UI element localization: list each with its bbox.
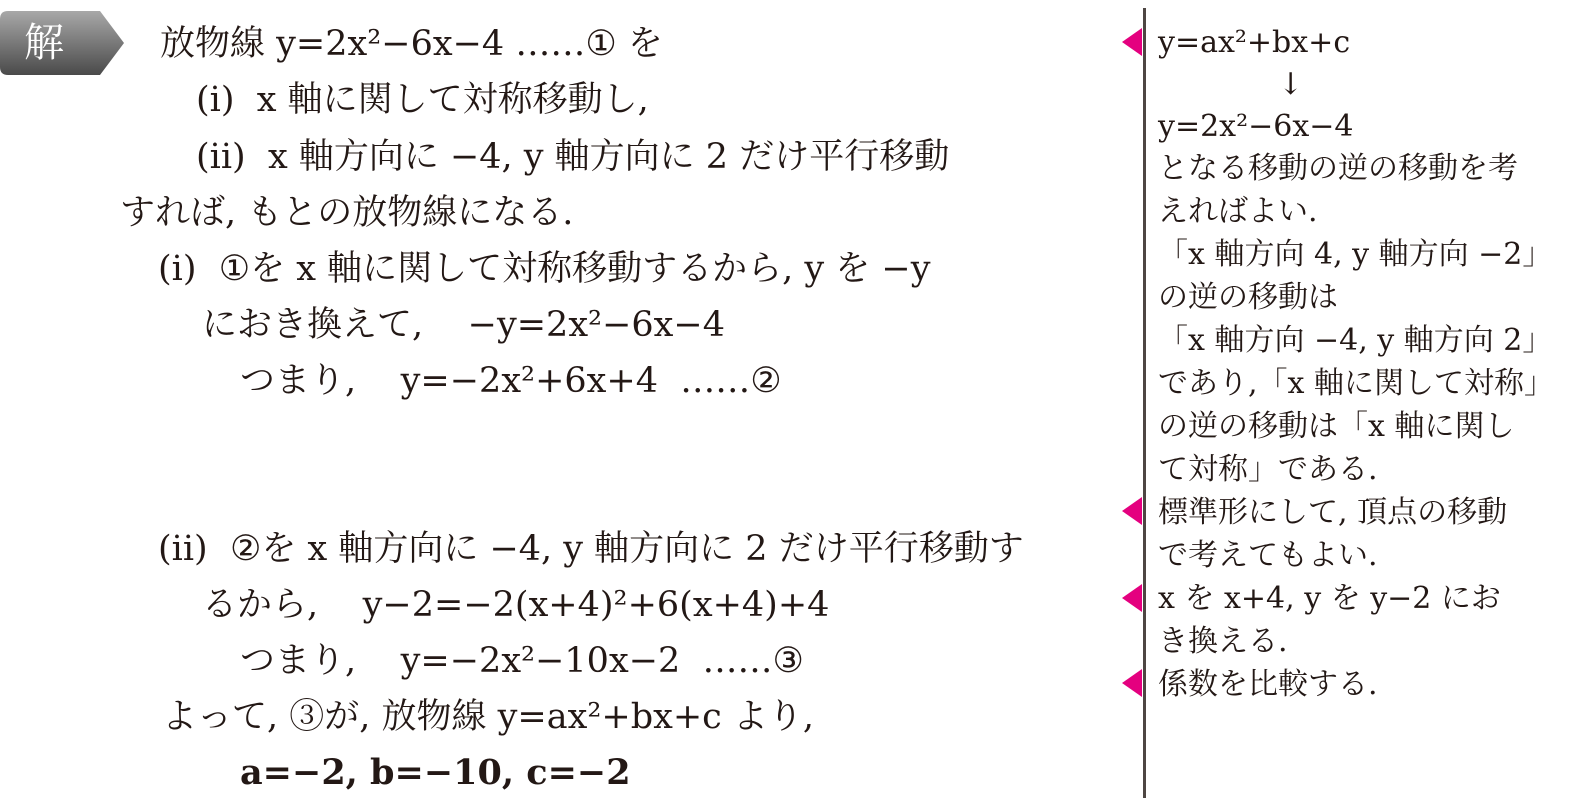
solution-line-1: 放物線 y=2x²−6x−4 ……① を <box>160 22 663 66</box>
side-note-line-9: であり,「x 軸に関して対称」 <box>1158 365 1554 403</box>
solution-line-6: におき換えて, −y=2x²−6x−4 <box>202 303 725 347</box>
solution-line-10: つまり, y=−2x²−10x−2 ……③ <box>240 639 804 683</box>
solution-line-3: (ii) x 軸方向に −4, y 軸方向に 2 だけ平行移動 <box>196 135 949 179</box>
side-note-line-7: の逆の移動は <box>1158 279 1338 317</box>
solution-line-2: (i) x 軸に関して対称移動し, <box>196 78 649 122</box>
side-note-line-11: て対称」である. <box>1158 451 1378 489</box>
solution-line-9: るから, y−2=−2(x+4)²+6(x+4)+4 <box>202 583 829 627</box>
note-marker-icon <box>1122 28 1142 56</box>
side-note-line-16: 係数を比較する. <box>1158 666 1378 704</box>
solution-line-7: つまり, y=−2x²+6x+4 ……② <box>240 359 782 403</box>
side-note-line-6: 「x 軸方向 4, y 軸方向 −2」 <box>1158 236 1552 274</box>
note-marker-icon <box>1122 584 1142 612</box>
note-marker-icon <box>1122 497 1142 525</box>
solution-line-8: (ii) ②を x 軸方向に −4, y 軸方向に 2 だけ平行移動す <box>158 527 1024 571</box>
solution-line-4: すれば, もとの放物線になる. <box>120 191 573 235</box>
column-divider <box>1143 8 1146 798</box>
side-arrow-icon: ↓ <box>1278 66 1303 104</box>
side-note-line-15: き換える. <box>1158 623 1288 661</box>
solution-line-5: (i) ①を x 軸に関して対称移動するから, y を −y <box>158 247 931 291</box>
note-marker-icon <box>1122 669 1142 697</box>
side-note-line-14: x を x+4, y を y−2 にお <box>1158 580 1501 618</box>
answer-line: a=−2, b=−10, c=−2 <box>240 751 631 795</box>
solution-line-11: よって, ③が, 放物線 y=ax²+bx+c より, <box>162 695 814 739</box>
side-note-line-8: 「x 軸方向 −4, y 軸方向 2」 <box>1158 322 1552 360</box>
side-note-line-5: えればよい. <box>1158 193 1318 231</box>
side-note-line-3: y=2x²−6x−4 <box>1158 108 1353 146</box>
side-note-line-4: となる移動の逆の移動を考 <box>1158 150 1518 188</box>
side-note-line-12: 標準形にして, 頂点の移動 <box>1158 494 1507 532</box>
side-note-line-10: の逆の移動は「x 軸に関し <box>1158 408 1514 446</box>
badge-label: 解 <box>24 17 64 69</box>
solution-badge: 解 <box>0 11 125 76</box>
side-note-line-1: y=ax²+bx+c <box>1158 24 1350 62</box>
side-note-line-13: で考えてもよい. <box>1158 537 1378 575</box>
